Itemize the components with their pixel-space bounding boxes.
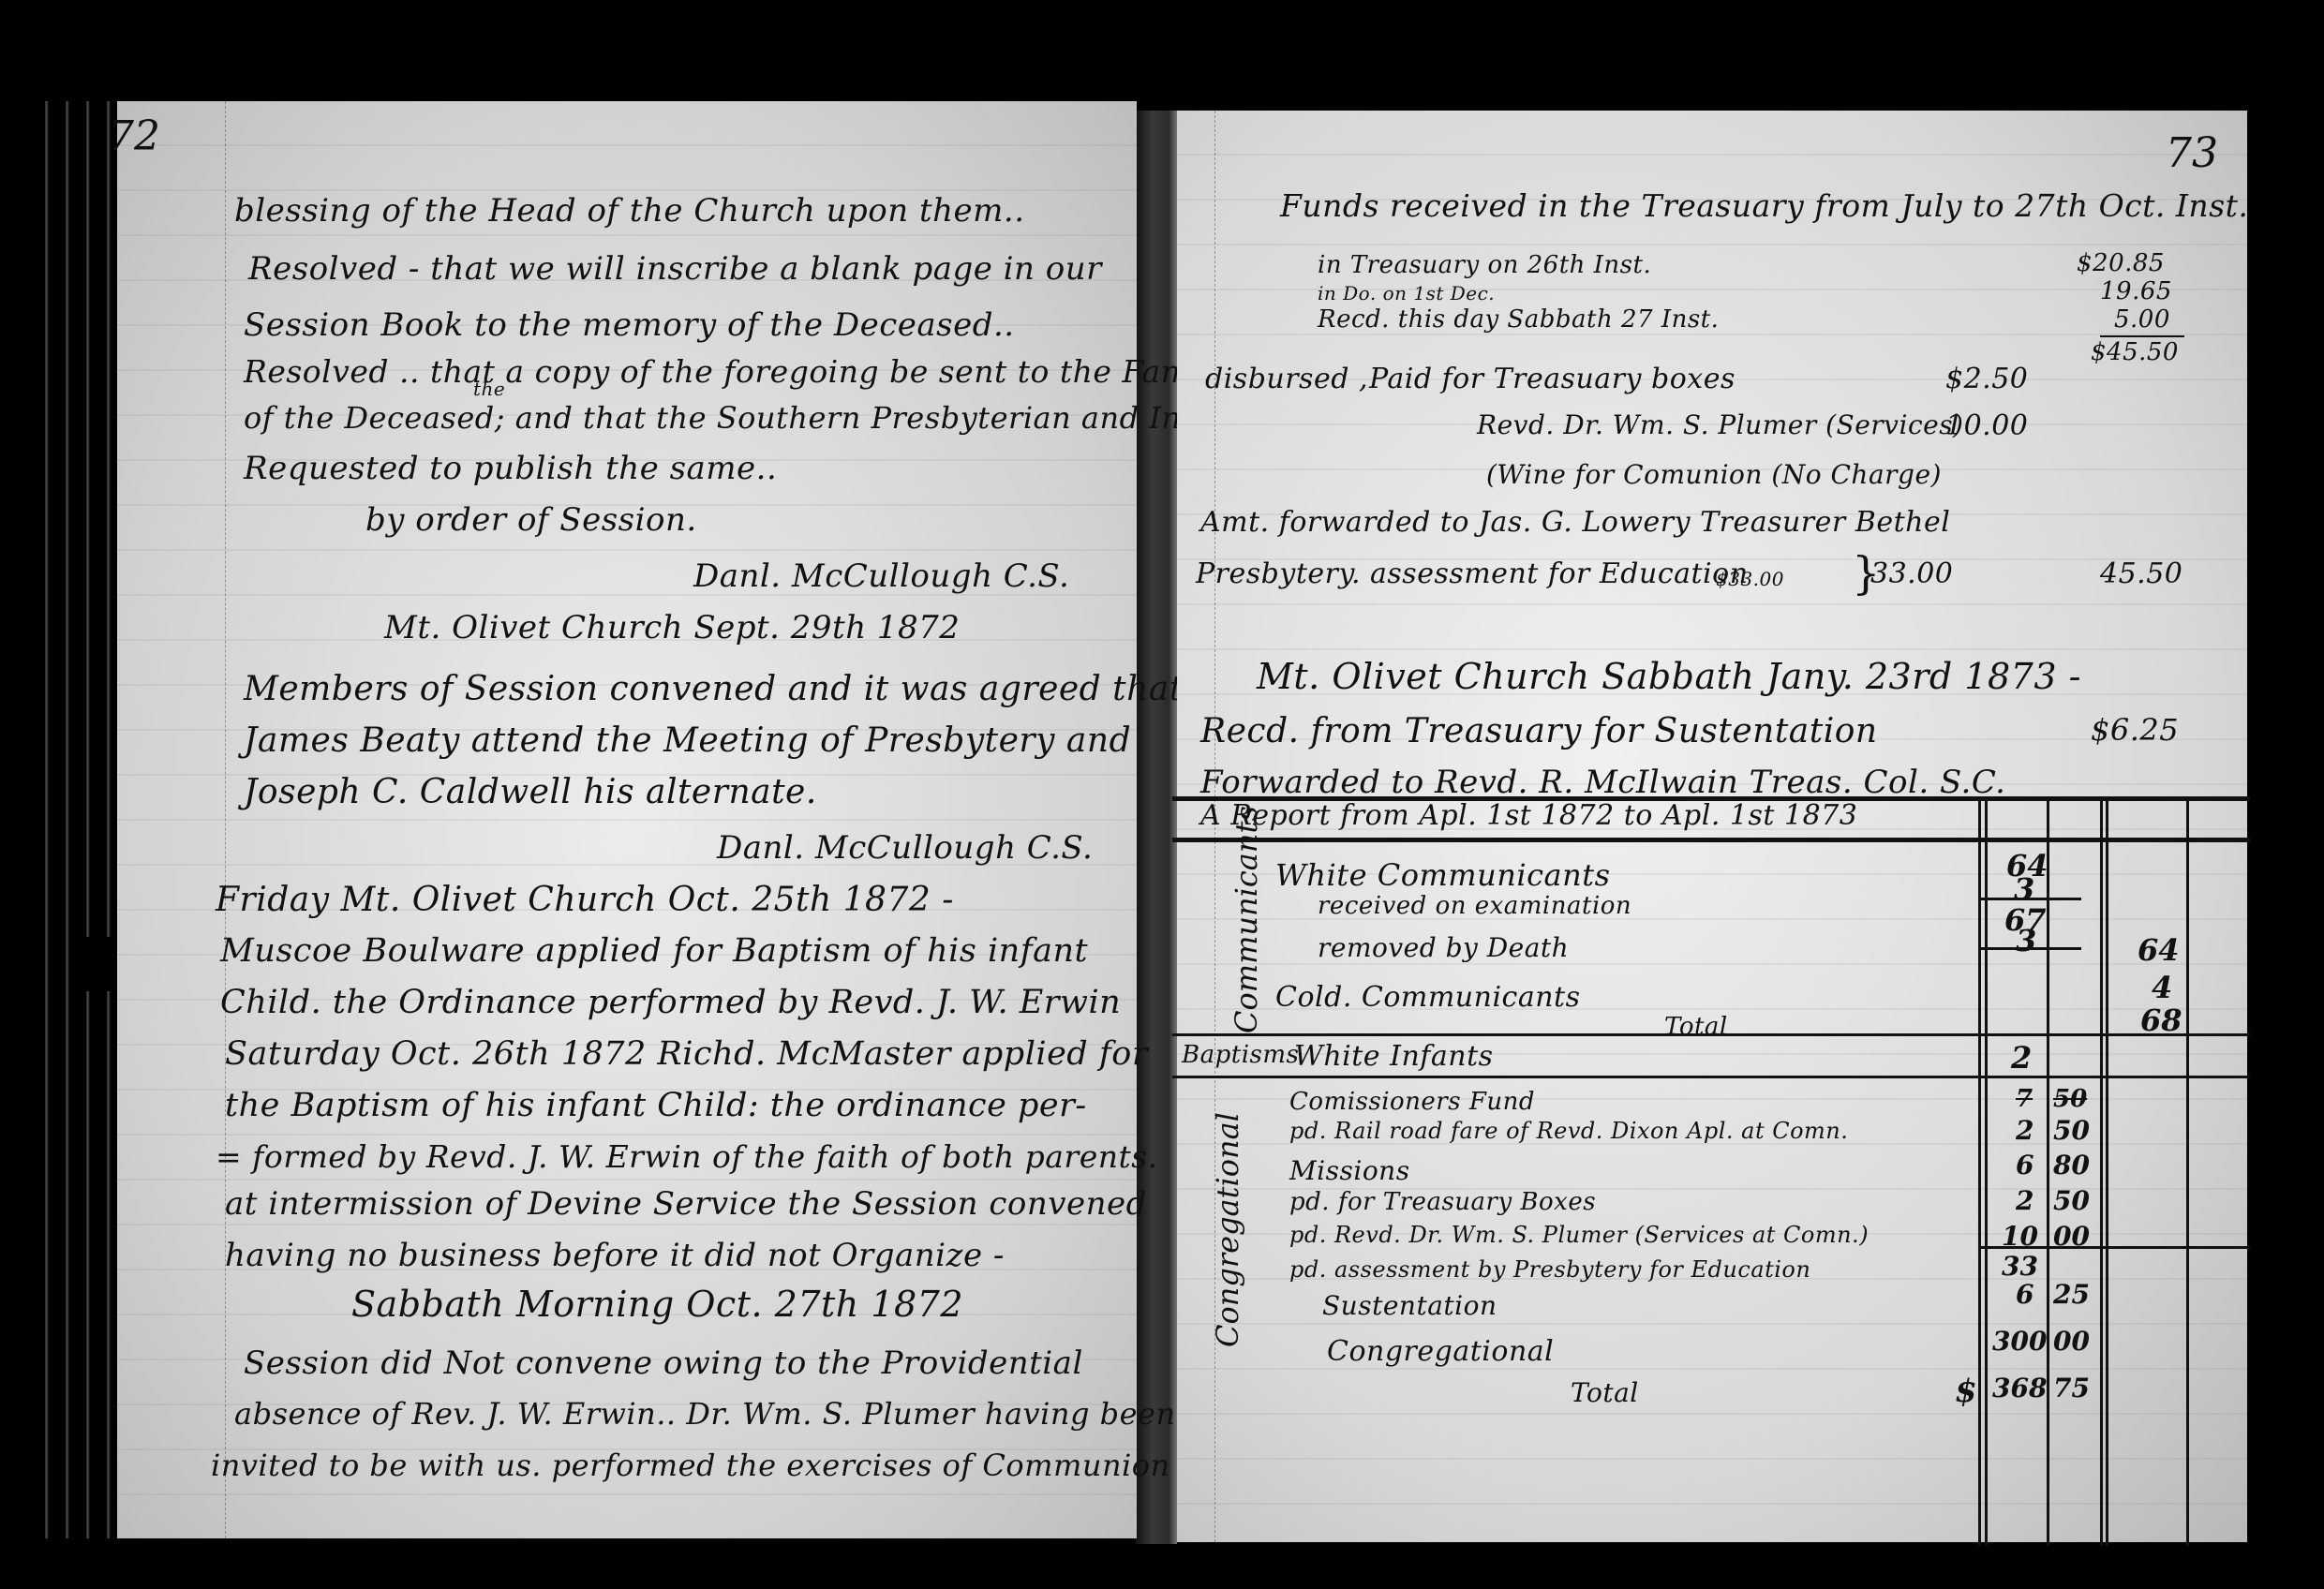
funds-heading: Funds received in the Treasuary from Jul… bbox=[1280, 190, 2248, 221]
row-label: White Communicants bbox=[1275, 860, 1610, 890]
disbursed-line-amount: 10.00 bbox=[1945, 412, 2028, 440]
book-spine bbox=[1136, 111, 1177, 1544]
row-dollars: 10 bbox=[2002, 1224, 2038, 1250]
row-cents: 25 bbox=[2053, 1282, 2090, 1308]
row-value: 4 bbox=[2152, 973, 2172, 1002]
table-rule bbox=[1172, 1076, 2250, 1078]
row-dollars: 300 bbox=[1992, 1329, 2047, 1355]
row-cents: 50 bbox=[2053, 1188, 2090, 1214]
meeting-heading: Mt. Olivet Church Sabbath Jany. 23rd 187… bbox=[1257, 659, 2081, 694]
row-label: Missions bbox=[1289, 1158, 1410, 1184]
table-col-rule bbox=[1978, 796, 1981, 1546]
row-label: pd. for Treasuary Boxes bbox=[1289, 1190, 1596, 1214]
left-page: 72 blessing of the Head of the Church up… bbox=[117, 101, 1137, 1538]
row-label: Sustentation bbox=[1322, 1293, 1497, 1319]
row-label: removed by Death bbox=[1318, 935, 1569, 961]
forwarded-total: 45.50 bbox=[2100, 560, 2182, 588]
text-line: = formed by Revd. J. W. Erwin of the fai… bbox=[216, 1141, 1158, 1172]
report-heading: A Report from Apl. 1st 1872 to Apl. 1st … bbox=[1200, 802, 1857, 830]
forwarded-line: Amt. forwarded to Jas. G. Lowery Treasur… bbox=[1200, 509, 1950, 537]
meeting-heading: Sabbath Morning Oct. 27th 1872 bbox=[351, 1286, 963, 1322]
right-page: 73 Funds received in the Treasuary from … bbox=[1177, 111, 2247, 1542]
text-line: Child. the Ordinance performed by Revd. … bbox=[220, 987, 1121, 1019]
row-cents: 00 bbox=[2053, 1224, 2090, 1250]
row-value: 68 bbox=[2140, 1005, 2182, 1035]
funds-line-amount: 5.00 bbox=[2114, 307, 2170, 332]
table-col-rule bbox=[2186, 796, 2189, 1546]
disbursed-line-amount: $2.50 bbox=[1945, 365, 2028, 394]
row-label: Total bbox=[1664, 1015, 1728, 1039]
row-label: White Infants bbox=[1294, 1043, 1494, 1071]
row-value: 64 bbox=[2138, 935, 2180, 965]
table-rule bbox=[1172, 838, 2250, 842]
forwarded-line: Presbytery. assessment for Education bbox=[1196, 560, 1749, 588]
row-label: pd. Revd. Dr. Wm. S. Plumer (Services at… bbox=[1289, 1224, 1869, 1246]
text-line: Muscoe Boulware applied for Baptism of h… bbox=[220, 935, 1088, 968]
row-value: 3 bbox=[2014, 874, 2034, 904]
disbursed-line-label: Paid for Treasuary boxes bbox=[1369, 365, 1736, 394]
row-cents: 80 bbox=[2053, 1152, 2090, 1179]
funds-line-label: in Do. on 1st Dec. bbox=[1318, 284, 1495, 303]
text-line: Resolved .. that a copy of the foregoing… bbox=[244, 356, 1229, 387]
row-label: Congregational bbox=[1327, 1338, 1554, 1366]
text-line: at intermission of Devine Service the Se… bbox=[225, 1188, 1147, 1220]
row-dollars: 6 bbox=[2016, 1152, 2033, 1179]
total-cents: 75 bbox=[2053, 1375, 2090, 1402]
row-label: pd. Rail road fare of Revd. Dixon Apl. a… bbox=[1289, 1120, 1848, 1142]
row-value: 3 bbox=[2016, 926, 2036, 956]
forwarded-inline-amount: $33.00 bbox=[1716, 570, 1784, 588]
row-cents: 00 bbox=[2053, 1329, 2090, 1355]
section-label-congregational: Congregational bbox=[1210, 1104, 1245, 1347]
text-line: Session Book to the memory of the Deceas… bbox=[244, 309, 1015, 341]
forwarded-line: Forwarded to Revd. R. McIlwain Treas. Co… bbox=[1200, 766, 2005, 798]
row-dollars: 6 bbox=[2016, 1282, 2033, 1308]
funds-line-amount: $20.85 bbox=[2077, 251, 2165, 275]
text-line: Requested to publish the same.. bbox=[244, 453, 777, 484]
section-label-baptisms: Baptisms bbox=[1182, 1043, 1299, 1067]
row-label: received on examination bbox=[1318, 894, 1631, 918]
row-cents: 50 bbox=[2053, 1118, 2090, 1144]
text-line: absence of Rev. J. W. Erwin.. Dr. Wm. S.… bbox=[234, 1399, 1176, 1429]
table-col-rule bbox=[1985, 796, 1988, 1546]
funds-line-label: Recd. this day Sabbath 27 Inst. bbox=[1318, 307, 1719, 332]
funds-line-label: in Treasuary on 26th Inst. bbox=[1318, 253, 1651, 277]
row-dollars: 2 bbox=[2016, 1118, 2033, 1144]
row-value-struck: 7 bbox=[2016, 1087, 2033, 1111]
row-label: Comissioners Fund bbox=[1289, 1090, 1535, 1114]
text-line: the Baptism of his infant Child: the ord… bbox=[225, 1090, 1087, 1122]
disbursed-label: disbursed , bbox=[1205, 365, 1368, 394]
row-value-struck: 50 bbox=[2053, 1087, 2087, 1111]
total-dollars: 368 bbox=[1992, 1375, 2047, 1402]
meeting-heading: Friday Mt. Olivet Church Oct. 25th 1872 … bbox=[216, 884, 954, 917]
forwarded-amount: 33.00 bbox=[1870, 560, 1953, 588]
text-line: invited to be with us. performed the exe… bbox=[211, 1450, 1170, 1480]
section-label-communicants: Communicants bbox=[1229, 846, 1264, 1033]
row-value: 2 bbox=[2011, 1043, 2032, 1073]
funds-line-amount: 19.65 bbox=[2100, 279, 2172, 304]
page-number: 73 bbox=[2166, 129, 2218, 177]
funds-total: $45.50 bbox=[2091, 340, 2179, 364]
page-number: 72 bbox=[108, 112, 160, 160]
margin-rule bbox=[225, 101, 226, 1538]
text-line: by order of Session. bbox=[365, 504, 697, 536]
received-line-amount: $6.25 bbox=[2091, 715, 2179, 745]
disbursed-line-label: Revd. Dr. Wm. S. Plumer (Services) bbox=[1477, 412, 1963, 438]
text-line: blessing of the Head of the Church upon … bbox=[234, 195, 1025, 227]
text-line: Saturday Oct. 26th 1872 Richd. McMaster … bbox=[225, 1038, 1148, 1071]
disbursed-line-label: (Wine for Comunion (No Charge) bbox=[1486, 462, 1942, 488]
signature: Danl. McCullough C.S. bbox=[693, 560, 1069, 592]
table-col-rule bbox=[2106, 796, 2108, 1546]
text-line: Joseph C. Caldwell his alternate. bbox=[244, 776, 817, 809]
signature: Danl. McCullough C.S. bbox=[717, 832, 1093, 864]
total-currency: $ bbox=[1955, 1375, 1977, 1407]
meeting-heading: Mt. Olivet Church Sept. 29th 1872 bbox=[384, 612, 960, 644]
superscript-note: the bbox=[473, 379, 505, 398]
row-dollars: 33 bbox=[2002, 1254, 2038, 1280]
table-col-rule bbox=[2047, 796, 2049, 1546]
text-line: of the Deceased; and that the Southern P… bbox=[244, 403, 1285, 433]
text-line: James Beaty attend the Meeting of Presby… bbox=[244, 724, 1131, 758]
text-line: having no business before it did not Org… bbox=[225, 1240, 1005, 1271]
text-line: Members of Session convened and it was a… bbox=[244, 673, 1184, 706]
sum-rule bbox=[2100, 335, 2184, 337]
text-line: Session did Not convene owing to the Pro… bbox=[244, 1347, 1083, 1379]
table-col-rule bbox=[2100, 796, 2103, 1546]
text-line: Resolved - that we will inscribe a blank… bbox=[248, 253, 1102, 285]
received-line-label: Recd. from Treasuary for Sustentation bbox=[1200, 715, 1878, 749]
row-label: pd. assessment by Presbytery for Educati… bbox=[1289, 1258, 1810, 1281]
row-label: Cold. Communicants bbox=[1275, 984, 1581, 1012]
total-label: Total bbox=[1571, 1380, 1639, 1406]
book-binding-edge bbox=[37, 101, 120, 1538]
row-dollars: 2 bbox=[2016, 1188, 2033, 1214]
